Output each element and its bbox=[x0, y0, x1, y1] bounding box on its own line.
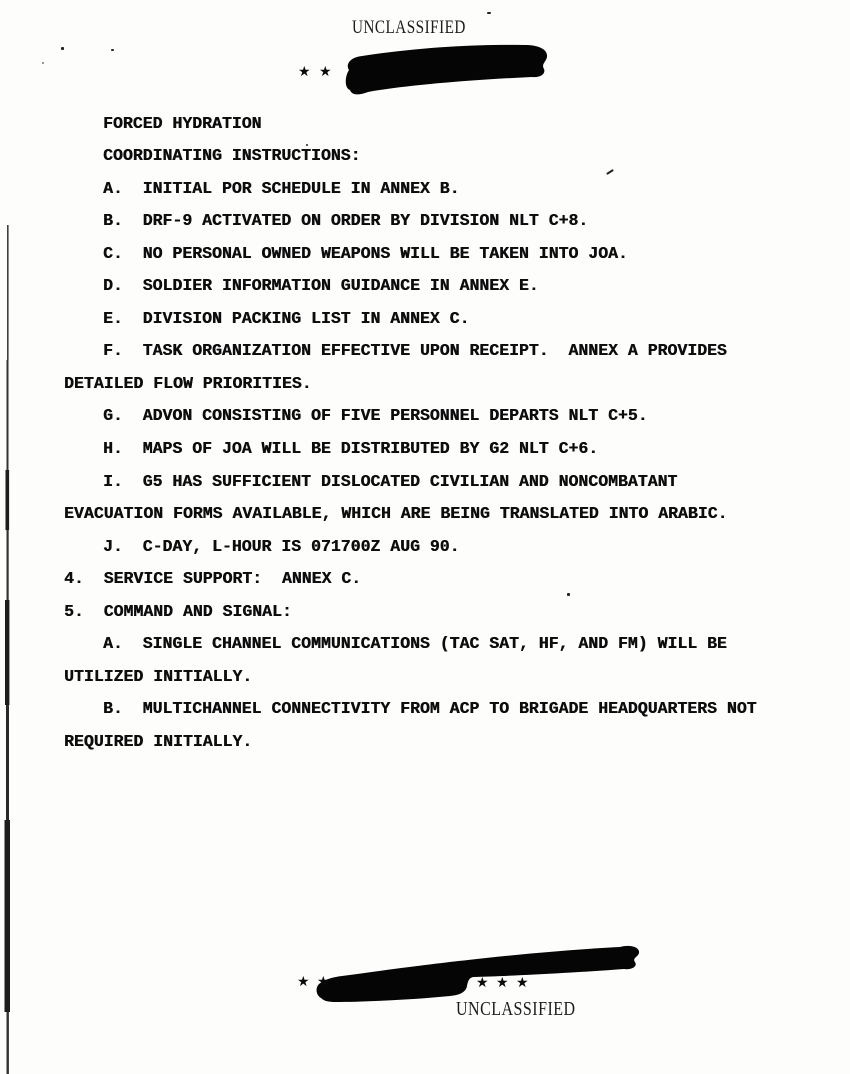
document-line: J. C-DAY, L-HOUR IS 071700Z AUG 90. bbox=[103, 539, 459, 556]
document-line: H. MAPS OF JOA WILL BE DISTRIBUTED BY G2… bbox=[103, 441, 598, 458]
document-line: REQUIRED INITIALLY. bbox=[64, 734, 252, 751]
scan-speck bbox=[487, 12, 491, 14]
scan-speck bbox=[567, 593, 570, 596]
document-line: FORCED HYDRATION bbox=[103, 116, 261, 133]
redaction-bar-top bbox=[346, 45, 547, 95]
scanned-document-page: UNCLASSIFIED UNCLASSIFIED FORCED HYDRATI… bbox=[0, 0, 850, 1074]
redaction-star-icon: ★ bbox=[516, 976, 529, 990]
footer-classification-stamp: UNCLASSIFIED bbox=[456, 998, 576, 1021]
document-line: I. G5 HAS SUFFICIENT DISLOCATED CIVILIAN… bbox=[103, 474, 677, 491]
document-line: DETAILED FLOW PRIORITIES. bbox=[64, 376, 312, 393]
document-line: COORDINATING INSTRUCTIONS: bbox=[103, 148, 360, 165]
scan-speck bbox=[606, 169, 614, 175]
redaction-bar-bottom bbox=[317, 946, 640, 1002]
document-line: EVACUATION FORMS AVAILABLE, WHICH ARE BE… bbox=[64, 506, 727, 523]
document-line: UTILIZED INITIALLY. bbox=[64, 669, 252, 686]
document-line: D. SOLDIER INFORMATION GUIDANCE IN ANNEX… bbox=[103, 278, 539, 295]
scan-speck bbox=[61, 47, 64, 50]
redaction-star-icon: ★ bbox=[317, 975, 330, 989]
redaction-star-icon: ★ bbox=[298, 65, 311, 79]
document-line: F. TASK ORGANIZATION EFFECTIVE UPON RECE… bbox=[103, 343, 727, 360]
scan-speck bbox=[111, 49, 114, 51]
scan-speck bbox=[306, 144, 308, 146]
redaction-star-icon: ★ bbox=[476, 976, 489, 990]
document-line: C. NO PERSONAL OWNED WEAPONS WILL BE TAK… bbox=[103, 246, 628, 263]
document-line: A. INITIAL POR SCHEDULE IN ANNEX B. bbox=[103, 181, 459, 198]
document-line: B. MULTICHANNEL CONNECTIVITY FROM ACP TO… bbox=[103, 701, 757, 718]
document-line: B. DRF-9 ACTIVATED ON ORDER BY DIVISION … bbox=[103, 213, 588, 230]
redaction-star-icon: ★ bbox=[496, 976, 509, 990]
scan-edge-line bbox=[5, 225, 11, 1074]
redaction-star-icon: ★ bbox=[319, 65, 332, 79]
document-line: 4. SERVICE SUPPORT: ANNEX C. bbox=[64, 571, 361, 588]
document-line: 5. COMMAND AND SIGNAL: bbox=[64, 604, 292, 621]
scan-speck bbox=[42, 62, 44, 64]
header-classification-stamp: UNCLASSIFIED bbox=[352, 17, 466, 39]
document-line: E. DIVISION PACKING LIST IN ANNEX C. bbox=[103, 311, 469, 328]
document-line: G. ADVON CONSISTING OF FIVE PERSONNEL DE… bbox=[103, 408, 648, 425]
document-line: A. SINGLE CHANNEL COMMUNICATIONS (TAC SA… bbox=[103, 636, 727, 653]
redaction-star-icon: ★ bbox=[297, 975, 310, 989]
